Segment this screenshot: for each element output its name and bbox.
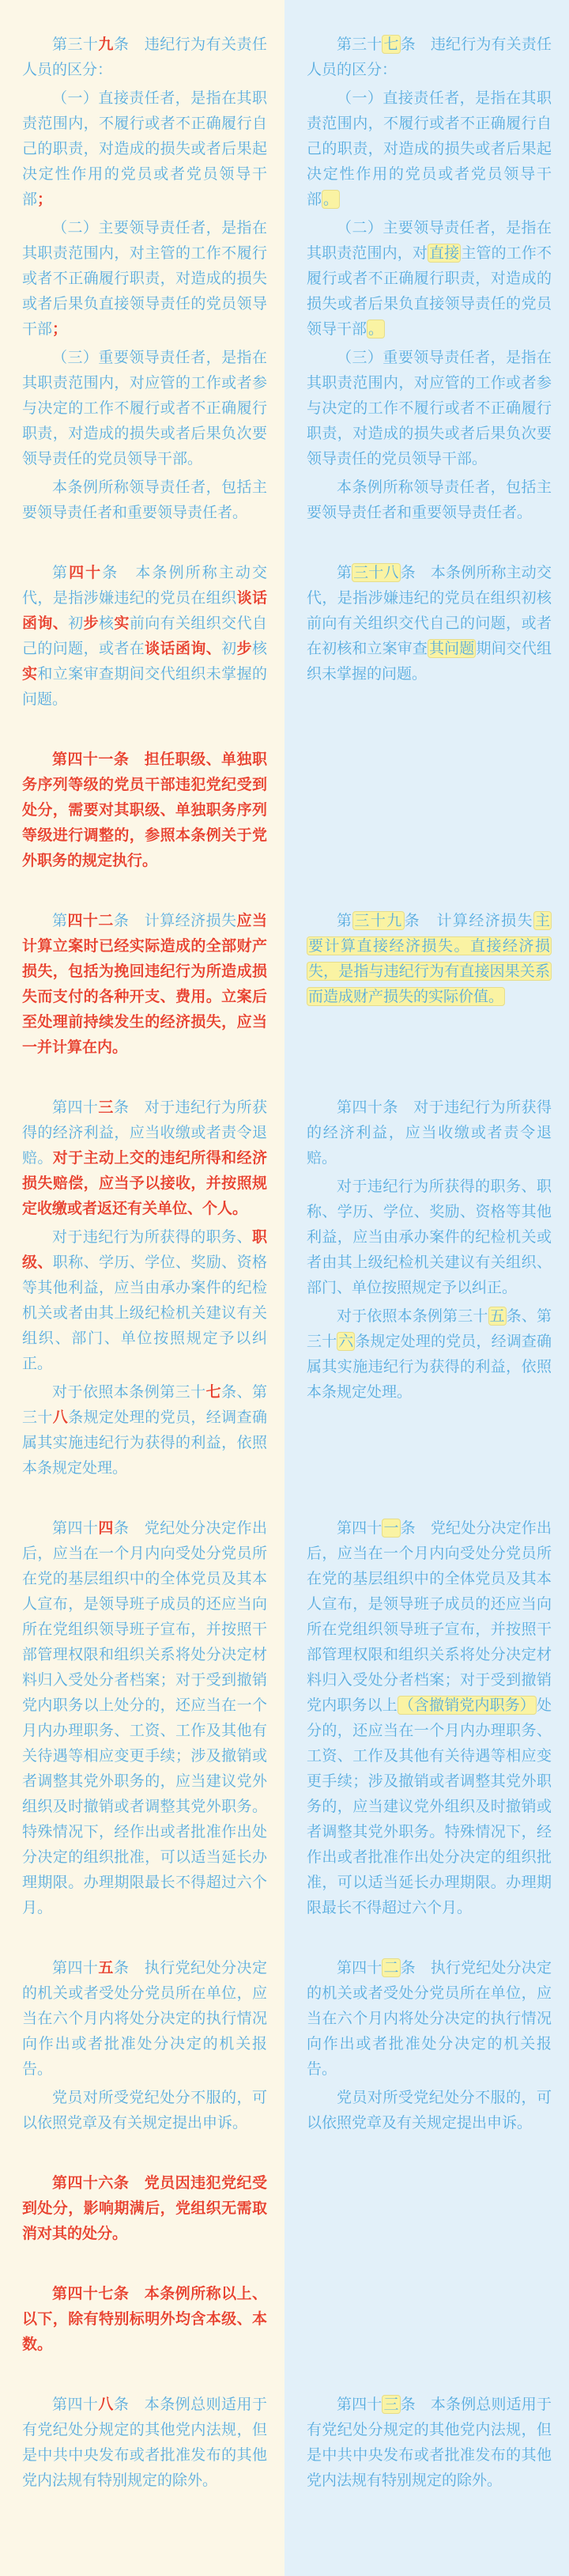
article: 第三十九条 计算经济损失主要计算直接经济损失。直接经济损失，是指与违纪行为有直接…	[307, 908, 552, 1009]
article: 第四十三条 本条例总则适用于有党纪处分规定的其他党内法规，但是中共中央发布或者批…	[307, 2392, 552, 2493]
deleted-text-segment: 四十二	[67, 912, 113, 929]
old-version-column: 第四十六条 党员因违犯党纪受到处分，影响期满后，党组织无需取消对其的处分。第四十…	[0, 2170, 284, 2357]
inserted-text-segment: 七	[382, 35, 400, 54]
article: 第三十七条 违纪行为有关责任人员的区分：（一）直接责任者，是指在其职责范围内，不…	[307, 32, 552, 525]
inserted-text-segment: 直接	[428, 244, 461, 263]
article-first-paragraph: 第三十九条 计算经济损失主要计算直接经济损失。直接经济损失，是指与违纪行为有直接…	[307, 908, 552, 1009]
paragraph: 对于违纪行为所获得的职务、职称、学历、学位、奖励、资格等其他利益，应当由承办案件…	[307, 1174, 552, 1300]
inserted-text-segment: 五	[488, 1307, 507, 1326]
old-version-column: 第三十九条 违纪行为有关责任人员的区分：（一）直接责任者，是指在其职责范围内，不…	[0, 32, 284, 525]
article: 第四十二条 执行党纪处分决定的机关或者受处分党员所在单位，应当在六个月内将处分决…	[307, 1955, 552, 2135]
text-segment: （一）直接责任者，是指在其职责范围内，不履行或者不正确履行自己的职责，对造成的损…	[307, 89, 552, 208]
deleted-text-segment: 第四十六条 党员因违犯党纪受到处分，影响期满后，党组织无需取消对其的处分。	[22, 2174, 267, 2242]
deleted-text-segment: ；	[52, 320, 67, 338]
inserted-text-segment: 。	[367, 320, 385, 339]
article-first-paragraph: 第三十七条 违纪行为有关责任人员的区分：	[307, 32, 552, 82]
old-version-column: 第四十五条 执行党纪处分决定的机关或者受处分党员所在单位，应当在六个月内将处分决…	[0, 1955, 284, 2135]
inserted-text-segment: 三	[382, 2395, 400, 2414]
old-version-column: 第四十二条 计算经济损失应当计算立案时已经实际造成的全部财产损失，包括为挽回违纪…	[0, 908, 284, 1060]
diff-row: 第三十九条 违纪行为有关责任人员的区分：（一）直接责任者，是指在其职责范围内，不…	[0, 32, 569, 525]
paragraph: 本条例所称领导责任者，包括主要领导责任者和重要领导责任者。	[22, 475, 267, 525]
text-segment: 第三十	[52, 36, 98, 53]
deleted-text-segment: 步	[237, 640, 252, 657]
text-segment: 本条例所称领导责任者，包括主要领导责任者和重要领导责任者。	[22, 479, 267, 521]
old-version-column: 第四十三条 对于违纪行为所获得的经济利益，应当收缴或者责令退赔。对于主动上交的违…	[0, 1095, 284, 1481]
inserted-text-segment: 二	[382, 1958, 400, 1977]
inserted-text-segment: 三十八	[352, 563, 400, 582]
text-segment: 对于依照本条例第三十	[337, 1307, 488, 1325]
article: 第四十五条 执行党纪处分决定的机关或者受处分党员所在单位，应当在六个月内将处分决…	[22, 1955, 267, 2135]
text-segment: （一）直接责任者，是指在其职责范围内，不履行或者不正确履行自己的职责，对造成的损…	[22, 89, 267, 208]
paragraph: 对于依照本条例第三十七条、第三十八条规定处理的党员，经调查确属其实施违纪行为获得…	[22, 1379, 267, 1481]
article: 第四十二条 计算经济损失应当计算立案时已经实际造成的全部财产损失，包括为挽回违纪…	[22, 908, 267, 1060]
diff-row: 第四十三条 对于违纪行为所获得的经济利益，应当收缴或者责令退赔。对于主动上交的违…	[0, 1095, 569, 1481]
new-version-column: 第四十条 对于违纪行为所获得的经济利益，应当收缴或者责令退赔。对于违纪行为所获得…	[284, 1095, 569, 1481]
text-segment: 第	[52, 564, 69, 581]
paragraph: 党员对所受党纪处分不服的，可以依照党章及有关规定提出申诉。	[307, 2085, 552, 2135]
deleted-text-segment: ；	[37, 191, 52, 208]
article-first-paragraph: 第四十一条 担任职级、单独职务序列等级的党员干部违犯党纪受到处分，需要对其职级、…	[22, 747, 267, 873]
inserted-text-segment: （含撤销党内职务）	[398, 1696, 537, 1715]
text-segment: 党员对所受党纪处分不服的，可以依照党章及有关规定提出申诉。	[22, 2089, 267, 2132]
article-first-paragraph: 第四十三条 对于违纪行为所获得的经济利益，应当收缴或者责令退赔。对于主动上交的违…	[22, 1095, 267, 1221]
article-first-paragraph: 第四十条 对于违纪行为所获得的经济利益，应当收缴或者责令退赔。	[307, 1095, 552, 1171]
diff-page: 第三十九条 违纪行为有关责任人员的区分：（一）直接责任者，是指在其职责范围内，不…	[0, 0, 569, 2576]
old-version-column: 第四十八条 本条例总则适用于有党纪处分规定的其他党内法规，但是中共中央发布或者批…	[0, 2392, 284, 2493]
deleted-text-segment: 实	[22, 665, 37, 683]
article-first-paragraph: 第三十九条 违纪行为有关责任人员的区分：	[22, 32, 267, 82]
deleted-text-segment: 七	[206, 1383, 221, 1401]
new-version-column: 第三十九条 计算经济损失主要计算直接经济损失。直接经济损失，是指与违纪行为有直接…	[284, 908, 569, 1060]
text-segment: 条 计算经济损失	[114, 912, 237, 929]
deleted-text-segment: 第四十七条 本条例所称以上、以下，除有特别标明外均含本级、本数。	[22, 2285, 267, 2353]
text-segment: 初	[68, 615, 83, 632]
text-segment: 初	[221, 640, 236, 657]
text-segment: 第四十	[52, 2396, 98, 2413]
new-version-column: 第四十一条 党纪处分决定作出后，应当在一个月内向受处分党员所在党的基层组织中的全…	[284, 1515, 569, 1920]
text-segment: 本条例所称领导责任者，包括主要领导责任者和重要领导责任者。	[307, 479, 552, 521]
article-first-paragraph: 第三十八条 本条例所称主动交代，是指涉嫌违纪的党员在组织初核前向有关组织交代自己…	[307, 560, 552, 687]
inserted-text-segment: 其问题	[428, 639, 476, 658]
paragraph: （三）重要领导责任者，是指在其职责范围内，对应管的工作或者参与决定的工作不履行或…	[22, 345, 267, 471]
article: 第四十四条 党纪处分决定作出后，应当在一个月内向受处分党员所在党的基层组织中的全…	[22, 1515, 267, 1920]
text-segment: 条 党纪处分决定作出后，应当在一个月内向受处分党员所在党的基层组织中的全体党员及…	[22, 1519, 267, 1916]
diff-row: 第四十四条 党纪处分决定作出后，应当在一个月内向受处分党员所在党的基层组织中的全…	[0, 1515, 569, 1920]
paragraph: 本条例所称领导责任者，包括主要领导责任者和重要领导责任者。	[307, 475, 552, 525]
text-segment: 第四十	[337, 2396, 382, 2413]
new-version-column: 第四十二条 执行党纪处分决定的机关或者受处分党员所在单位，应当在六个月内将处分决…	[284, 1955, 569, 2135]
old-version-column: 第四十一条 担任职级、单独职务序列等级的党员干部违犯党纪受到处分，需要对其职级、…	[0, 747, 284, 873]
article-first-paragraph: 第四十二条 执行党纪处分决定的机关或者受处分党员所在单位，应当在六个月内将处分决…	[307, 1955, 552, 2082]
text-segment: 核	[99, 615, 114, 632]
new-version-column: 第三十八条 本条例所称主动交代，是指涉嫌违纪的党员在组织初核前向有关组织交代自己…	[284, 560, 569, 712]
inserted-text-segment: 六	[337, 1332, 355, 1351]
deleted-text-segment: 步	[84, 615, 99, 632]
deleted-text-segment: 应当计算立案时已经实际造成的全部财产损失，包括为挽回违纪行为所造成损失而支付的各…	[22, 912, 267, 1056]
text-segment: 第四十条 对于违纪行为所获得的经济利益，应当收缴或者责令退赔。	[307, 1099, 552, 1167]
diff-row: 第四十六条 党员因违犯党纪受到处分，影响期满后，党组织无需取消对其的处分。第四十…	[0, 2170, 569, 2357]
diff-row: 第四十二条 计算经济损失应当计算立案时已经实际造成的全部财产损失，包括为挽回违纪…	[0, 908, 569, 1060]
text-segment: 党员对所受党纪处分不服的，可以依照党章及有关规定提出申诉。	[307, 2089, 552, 2132]
text-segment: 条 执行党纪处分决定的机关或者受处分党员所在单位，应当在六个月内将处分决定的执行…	[22, 1959, 267, 2078]
article-first-paragraph: 第四十七条 本条例所称以上、以下，除有特别标明外均含本级、本数。	[22, 2281, 267, 2357]
deleted-text-segment: 八	[53, 1409, 68, 1426]
article: 第三十八条 本条例所称主动交代，是指涉嫌违纪的党员在组织初核前向有关组织交代自己…	[307, 560, 552, 687]
diff-row: 第四十一条 担任职级、单独职务序列等级的党员干部违犯党纪受到处分，需要对其职级、…	[0, 747, 569, 873]
old-version-column: 第四十四条 党纪处分决定作出后，应当在一个月内向受处分党员所在党的基层组织中的全…	[0, 1515, 284, 1920]
text-segment: 对于依照本条例第三十	[52, 1383, 206, 1401]
text-segment: 条 执行党纪处分决定的机关或者受处分党员所在单位，应当在六个月内将处分决定的执行…	[307, 1959, 552, 2078]
article-first-paragraph: 第四十六条 党员因违犯党纪受到处分，影响期满后，党组织无需取消对其的处分。	[22, 2170, 267, 2246]
new-version-column	[284, 747, 569, 873]
article-first-paragraph: 第四十二条 计算经济损失应当计算立案时已经实际造成的全部财产损失，包括为挽回违纪…	[22, 908, 267, 1060]
paragraph: （三）重要领导责任者，是指在其职责范围内，对应管的工作或者参与决定的工作不履行或…	[307, 345, 552, 471]
article-first-paragraph: 第四十八条 本条例总则适用于有党纪处分规定的其他党内法规，但是中共中央发布或者批…	[22, 2392, 267, 2493]
article-first-paragraph: 第四十条 本条例所称主动交代，是指涉嫌违纪的党员在组织谈话函询、初步核实前向有关…	[22, 560, 267, 712]
article: 第四十一条 党纪处分决定作出后，应当在一个月内向受处分党员所在党的基层组织中的全…	[307, 1515, 552, 1920]
article: 第四十六条 党员因违犯党纪受到处分，影响期满后，党组织无需取消对其的处分。	[22, 2170, 267, 2246]
article-first-paragraph: 第四十一条 党纪处分决定作出后，应当在一个月内向受处分党员所在党的基层组织中的全…	[307, 1515, 552, 1920]
article: 第四十一条 担任职级、单独职务序列等级的党员干部违犯党纪受到处分，需要对其职级、…	[22, 747, 267, 873]
article: 第四十条 本条例所称主动交代，是指涉嫌违纪的党员在组织谈话函询、初步核实前向有关…	[22, 560, 267, 712]
text-segment: 和立案审查期间交代组织未掌握的问题。	[22, 665, 267, 708]
deleted-text-segment: 五	[98, 1959, 113, 1976]
deleted-text-segment: 实	[114, 615, 129, 632]
diff-row: 第四十八条 本条例总则适用于有党纪处分规定的其他党内法规，但是中共中央发布或者批…	[0, 2392, 569, 2493]
text-segment: 第	[337, 912, 352, 929]
new-version-column: 第四十三条 本条例总则适用于有党纪处分规定的其他党内法规，但是中共中央发布或者批…	[284, 2392, 569, 2493]
article: 第四十条 对于违纪行为所获得的经济利益，应当收缴或者责令退赔。对于违纪行为所获得…	[307, 1095, 552, 1405]
text-segment: 第三十	[337, 36, 382, 53]
inserted-text-segment: 一	[382, 1519, 400, 1538]
deleted-text-segment: 八	[98, 2396, 113, 2413]
diff-row: 第四十条 本条例所称主动交代，是指涉嫌违纪的党员在组织谈话函询、初步核实前向有关…	[0, 560, 569, 712]
deleted-text-segment: 四	[98, 1519, 113, 1537]
deleted-text-segment: 谈话函询、	[145, 640, 221, 657]
text-segment: 条 计算经济损失	[405, 912, 533, 929]
article-first-paragraph: 第四十五条 执行党纪处分决定的机关或者受处分党员所在单位，应当在六个月内将处分决…	[22, 1955, 267, 2082]
text-segment: 第四十	[52, 1519, 98, 1537]
inserted-text-segment: 。	[322, 190, 340, 209]
paragraph: 对于依照本条例第三十五条、第三十六条规定处理的党员，经调查确属其实施违纪行为获得…	[307, 1303, 552, 1405]
deleted-text-segment: 九	[98, 36, 113, 53]
article-first-paragraph: 第四十三条 本条例总则适用于有党纪处分规定的其他党内法规，但是中共中央发布或者批…	[307, 2392, 552, 2493]
article: 第三十九条 违纪行为有关责任人员的区分：（一）直接责任者，是指在其职责范围内，不…	[22, 32, 267, 525]
paragraph: 党员对所受党纪处分不服的，可以依照党章及有关规定提出申诉。	[22, 2085, 267, 2135]
deleted-text-segment: 四十	[69, 564, 102, 581]
text-segment: （三）重要领导责任者，是指在其职责范围内，对应管的工作或者参与决定的工作不履行或…	[22, 349, 267, 467]
old-version-column: 第四十条 本条例所称主动交代，是指涉嫌违纪的党员在组织谈话函询、初步核实前向有关…	[0, 560, 284, 712]
text-segment: 核	[252, 640, 267, 657]
inserted-text-segment: 三十九	[352, 911, 404, 930]
text-segment: 第	[52, 912, 67, 929]
text-segment: 第四十	[52, 1959, 98, 1976]
paragraph: 对于违纪行为所获得的职务、职级、职称、学历、学位、奖励、资格等其他利益，应当由承…	[22, 1224, 267, 1376]
text-segment: 第四十	[52, 1099, 98, 1116]
article: 第四十三条 对于违纪行为所获得的经济利益，应当收缴或者责令退赔。对于主动上交的违…	[22, 1095, 267, 1481]
new-version-column: 第三十七条 违纪行为有关责任人员的区分：（一）直接责任者，是指在其职责范围内，不…	[284, 32, 569, 525]
text-segment: 处分的，还应当在一个月内办理职务、工资、工作及其他有关待遇等相应变更手续；涉及撤…	[307, 1697, 552, 1916]
text-segment: 条 党纪处分决定作出后，应当在一个月内向受处分党员所在党的基层组织中的全体党员及…	[307, 1519, 552, 1714]
paragraph: （二）主要领导责任者，是指在其职责范围内，对主管的工作不履行或者不正确履行职责，…	[22, 215, 267, 342]
article-first-paragraph: 第四十四条 党纪处分决定作出后，应当在一个月内向受处分党员所在党的基层组织中的全…	[22, 1515, 267, 1920]
diff-row: 第四十五条 执行党纪处分决定的机关或者受处分党员所在单位，应当在六个月内将处分决…	[0, 1955, 569, 2135]
paragraph: （一）直接责任者，是指在其职责范围内，不履行或者不正确履行自己的职责，对造成的损…	[307, 85, 552, 212]
text-segment: 第四十	[337, 1519, 382, 1537]
paragraph: （二）主要领导责任者，是指在其职责范围内，对直接主管的工作不履行或者不正确履行职…	[307, 215, 552, 342]
text-segment: 对于违纪行为所获得的职务、	[52, 1228, 252, 1246]
text-segment: 第	[337, 564, 352, 581]
text-segment: 第四十	[337, 1959, 382, 1976]
paragraph: （一）直接责任者，是指在其职责范围内，不履行或者不正确履行自己的职责，对造成的损…	[22, 85, 267, 212]
text-segment: （三）重要领导责任者，是指在其职责范围内，对应管的工作或者参与决定的工作不履行或…	[307, 349, 552, 467]
article: 第四十七条 本条例所称以上、以下，除有特别标明外均含本级、本数。	[22, 2281, 267, 2357]
deleted-text-segment: 第四十一条 担任职级、单独职务序列等级的党员干部违犯党纪受到处分，需要对其职级、…	[22, 751, 267, 869]
deleted-text-segment: 三	[98, 1099, 113, 1116]
article: 第四十八条 本条例总则适用于有党纪处分规定的其他党内法规，但是中共中央发布或者批…	[22, 2392, 267, 2493]
new-version-column	[284, 2170, 569, 2357]
text-segment: 职称、学历、学位、奖励、资格等其他利益，应当由承办案件的纪检机关或者由其上级纪检…	[22, 1254, 267, 1372]
deleted-text-segment: 对于主动上交的违纪所得和经济损失赔偿，应当予以接收，并按照规定收缴或者返还有关单…	[22, 1149, 267, 1217]
text-segment: 对于违纪行为所获得的职务、职称、学历、学位、奖励、资格等其他利益，应当由承办案件…	[307, 1178, 552, 1296]
